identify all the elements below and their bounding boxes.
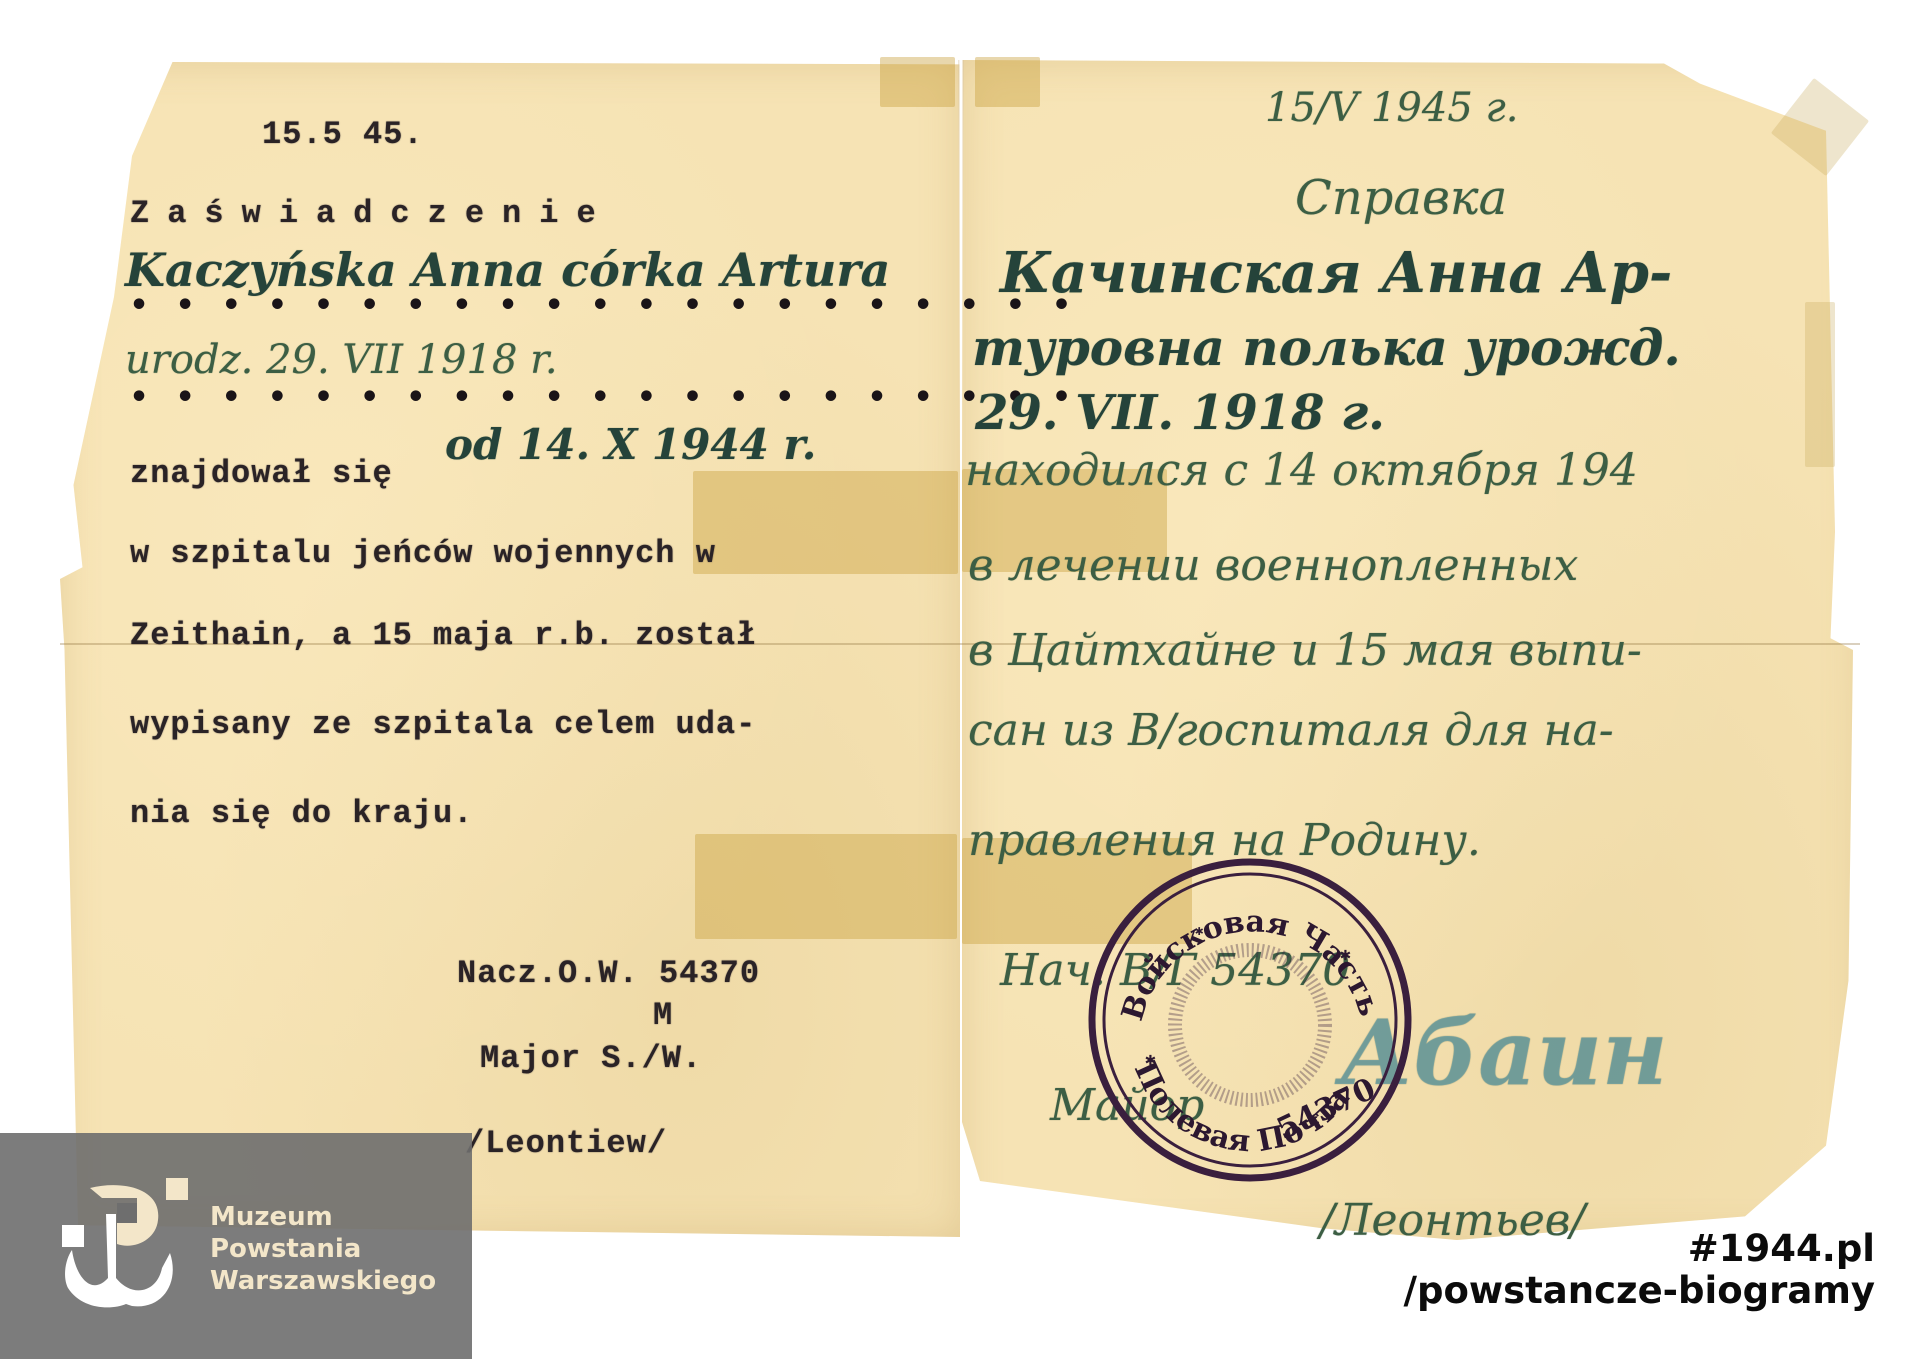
typed-line-discharged: wypisany ze szpitala celem uda-	[130, 706, 756, 743]
caption-hashtag: #1944.pl	[1404, 1228, 1876, 1270]
military-unit-stamp: Войсковая Часть Полевая Почта 54370 ✱ ✱ …	[1085, 855, 1415, 1185]
typed-line-zeithain: Zeithain, a 15 maja r.b. został	[130, 617, 756, 654]
svg-text:✱: ✱	[1145, 1049, 1156, 1070]
typed-signature-mark: M	[653, 997, 673, 1034]
handwritten-name-ru-1: Качинская Анна Ар-	[1000, 240, 1672, 306]
handwritten-title-ru: Справка	[1295, 170, 1507, 226]
tape-right-edge	[1805, 302, 1835, 467]
tape-top-left	[880, 57, 955, 107]
museum-name: Muzeum Powstania Warszawskiego	[210, 1201, 436, 1297]
handwritten-line-zeithain: в Цайтхайне и 15 мая выпи-	[968, 625, 1642, 676]
typed-line-home: nia się do kraju.	[130, 795, 473, 832]
handwritten-birth-ru: 29. VII. 1918 г.	[975, 385, 1385, 441]
typed-line-occupation: znajdował się	[130, 455, 393, 492]
museum-name-line3: Warszawskiego	[210, 1265, 436, 1297]
tape-middle-left	[693, 471, 958, 574]
handwritten-name-ru-2: туровна полька урожд.	[972, 318, 1681, 377]
museum-name-line2: Powstania	[210, 1233, 436, 1265]
handwritten-line-hospital: в лечении военнопленных	[968, 540, 1578, 591]
typed-signature-unit: Nacz.O.W. 54370	[457, 955, 760, 992]
typed-signature-rank: Major S./W.	[480, 1040, 702, 1077]
handwritten-line-stay: находился с 14 октября 194	[965, 445, 1638, 496]
dot-leader-2: • • • • • • • • • • • • • • • • • • • • …	[130, 380, 1076, 415]
handwritten-birth-pl: urodz. 29. VII 1918 r.	[125, 337, 558, 383]
stamp-seal-icon: Войсковая Часть Полевая Почта 54370 ✱ ✱ …	[1085, 855, 1415, 1185]
svg-text:✱: ✱	[1195, 923, 1204, 939]
handwritten-line-discharged: сан из В/госпиталя для на-	[968, 705, 1614, 756]
tape-lower-left	[695, 834, 957, 939]
stamp-number: 54370	[1272, 1071, 1381, 1147]
typed-line-hospital: w szpitalu jeńców wojennych w	[130, 535, 716, 572]
handwritten-since-pl: od 14. X 1944 r.	[445, 420, 816, 469]
svg-text:✱: ✱	[1340, 944, 1351, 965]
caption-path: /powstancze-biogramy	[1404, 1270, 1876, 1312]
site-caption: #1944.pl /powstancze-biogramy	[1404, 1228, 1876, 1312]
certificate-title: Zaświadczenie	[130, 195, 614, 232]
dot-leader-1: • • • • • • • • • • • • • • • • • • • • …	[130, 288, 1076, 323]
tape-top-right	[975, 57, 1040, 107]
museum-watermark: Muzeum Powstania Warszawskiego	[0, 1133, 472, 1359]
museum-name-line1: Muzeum	[210, 1201, 436, 1233]
typed-date: 15.5 45.	[262, 116, 424, 153]
handwritten-date-ru: 15/V 1945 г.	[1265, 85, 1518, 131]
typed-signature-name: /Leontiew/	[465, 1125, 667, 1162]
kotwica-anchor-icon	[62, 1178, 192, 1308]
